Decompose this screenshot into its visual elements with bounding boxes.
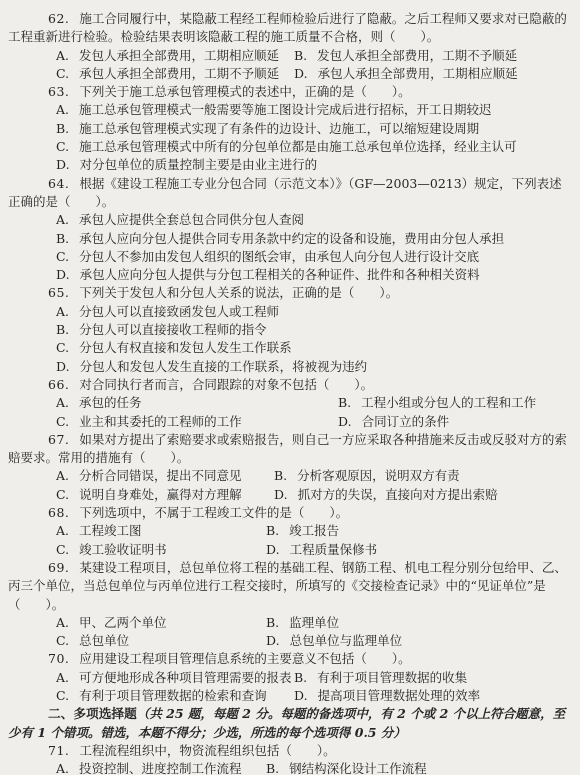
option-label: B.	[294, 48, 307, 63]
option-text: 承包人应提供全套总包合同供分包人查阅	[79, 212, 304, 227]
question-70-stem-text: 应用建设工程项目管理信息系统的主要意义不包括（ ）。	[79, 651, 410, 666]
question-68-option-d: D.工程质量保修书	[266, 541, 572, 559]
option-label: B.	[338, 395, 351, 410]
question-69-number: 69.	[48, 560, 69, 575]
question-67-number: 67.	[48, 432, 69, 447]
question-65-option-d: D.分包人和发包人发生直接的工作联系，将被视为违约	[8, 358, 572, 376]
question-67-option-b: B.分析客观原因，说明双方有责	[274, 467, 572, 485]
option-label: A.	[56, 48, 69, 63]
question-63-stem: 63.下列关于施工总承包管理模式的表述中，正确的是（ ）。	[8, 83, 572, 101]
question-70-number: 70.	[48, 651, 69, 666]
option-text: 投资控制、进度控制工作流程	[79, 761, 242, 775]
question-63-option-a: A.施工总承包管理模式一般需要等施工图设计完成后进行招标，开工日期较迟	[8, 101, 572, 119]
option-label: D.	[266, 542, 280, 557]
question-70-options: A.可方便地形成各种项目管理需要的报表 B.有利于项目管理数据的收集 C.有利于…	[8, 669, 572, 706]
option-label: A.	[56, 523, 69, 538]
option-text: 承包人应向分包人提供与分包工程相关的各种证件、批件和各种相关资料	[80, 267, 480, 282]
question-63-stem-text: 下列关于施工总承包管理模式的表述中，正确的是（ ）。	[79, 84, 410, 99]
option-text: 工程竣工图	[79, 523, 142, 538]
question-71: 71.工程流程组织中，物资流程组织包括（ ）。 A.投资控制、进度控制工作流程 …	[8, 742, 572, 775]
option-label: D.	[294, 688, 308, 703]
question-63-number: 63.	[48, 84, 69, 99]
question-67-options: A.分析合同错误，提出不同意见 B.分析客观原因，说明双方有责 C.说明自身难处…	[8, 467, 572, 504]
option-label: D.	[294, 66, 308, 81]
question-68-option-c: C.竣工验收证明书	[56, 541, 266, 559]
question-64-option-c: C.分包人不参加由发包人组织的图纸会审，由承包人向分包人进行设计交底	[8, 248, 572, 266]
option-label: B.	[56, 121, 69, 136]
question-63-option-d: D.对分包单位的质量控制主要是由业主进行的	[8, 156, 572, 174]
question-64: 64.根据《建设工程施工专业分包合同（示范文本）》（GF—2003—0213）规…	[8, 175, 572, 285]
question-70-option-d: D.提高项目管理数据处理的效率	[294, 687, 572, 705]
option-text: 提高项目管理数据处理的效率	[318, 688, 481, 703]
question-66-option-b: B.工程小组或分包人的工程和工作	[338, 394, 572, 412]
option-text: 发包人承担全部费用，工期不予顺延	[317, 48, 517, 63]
question-65: 65.下列关于发包人和分包人关系的说法，正确的是（ ）。 A.分包人可以直接致函…	[8, 284, 572, 375]
question-62-option-a: A.发包人承担全部费用，工期相应顺延	[56, 47, 294, 65]
option-label: A.	[56, 761, 69, 775]
question-70-option-b: B.有利于项目管理数据的收集	[294, 669, 572, 687]
option-text: 对分包单位的质量控制主要是由业主进行的	[80, 157, 318, 172]
option-text: 承包人承担全部费用，工期不予顺延	[79, 66, 279, 81]
option-text: 施工总承包管理模式实现了有条件的边设计、边施工，可以缩短建设周期	[79, 121, 479, 136]
option-label: A.	[56, 304, 69, 319]
option-label: B.	[56, 231, 69, 246]
option-text: 总包单位与监理单位	[290, 633, 403, 648]
option-label: D.	[56, 359, 70, 374]
question-68-number: 68.	[48, 505, 69, 520]
option-label: B.	[266, 523, 279, 538]
question-65-number: 65.	[48, 285, 69, 300]
question-66-stem: 66.对合同执行者而言，合同跟踪的对象不包括（ ）。	[8, 376, 572, 394]
question-63-option-b: B.施工总承包管理模式实现了有条件的边设计、边施工，可以缩短建设周期	[8, 120, 572, 138]
option-text: 分包人有权直接和发包人发生工作联系	[79, 340, 292, 355]
option-label: C.	[56, 340, 69, 355]
question-70-stem: 70.应用建设工程项目管理信息系统的主要意义不包括（ ）。	[8, 650, 572, 668]
question-67-option-d: D.抓对方的失误，直接向对方提出索赔	[274, 486, 572, 504]
option-text: 分析客观原因，说明双方有责	[297, 468, 460, 483]
question-62-stem: 62.施工合同履行中，某隐蔽工程经工程师检验后进行了隐蔽。之后工程师又要求对已隐…	[8, 10, 572, 47]
option-text: 合同订立的条件	[362, 414, 450, 429]
question-64-option-d: D.承包人应向分包人提供与分包工程相关的各种证件、批件和各种相关资料	[8, 266, 572, 284]
option-label: C.	[56, 542, 69, 557]
option-text: 分包人不参加由发包人组织的图纸会审，由承包人向分包人进行设计交底	[79, 249, 479, 264]
question-69-option-c: C.总包单位	[56, 632, 266, 650]
option-text: 分包人和发包人发生直接的工作联系，将被视为违约	[80, 359, 368, 374]
question-67-stem: 67.如果对方提出了索赔要求或索赔报告，则自己一方应采取各种措施来反击或反驳对方…	[8, 431, 572, 468]
question-67-option-c: C.说明自身难处，赢得对方理解	[56, 486, 274, 504]
option-text: 工程质量保修书	[290, 542, 378, 557]
question-66: 66.对合同执行者而言，合同跟踪的对象不包括（ ）。 A.承包的任务 B.工程小…	[8, 376, 572, 431]
question-63: 63.下列关于施工总承包管理模式的表述中，正确的是（ ）。 A.施工总承包管理模…	[8, 83, 572, 174]
option-label: A.	[56, 102, 69, 117]
option-label: D.	[56, 157, 70, 172]
question-71-option-a: A.投资控制、进度控制工作流程	[56, 760, 266, 775]
option-label: A.	[56, 395, 69, 410]
option-label: A.	[56, 615, 69, 630]
option-label: C.	[56, 414, 69, 429]
option-text: 承包人承担全部费用，工期相应顺延	[318, 66, 518, 81]
option-text: 工程小组或分包人的工程和工作	[361, 395, 536, 410]
exam-page: 62.施工合同履行中，某隐蔽工程经工程师检验后进行了隐蔽。之后工程师又要求对已隐…	[0, 0, 580, 775]
option-text: 承包人应向分包人提供合同专用条款中约定的设备和设施，费用由分包人承担	[79, 231, 504, 246]
option-label: D.	[274, 487, 288, 502]
question-67-option-a: A.分析合同错误，提出不同意见	[56, 467, 274, 485]
option-text: 可方便地形成各种项目管理需要的报表	[79, 670, 292, 685]
question-62-option-b: B.发包人承担全部费用，工期不予顺延	[294, 47, 572, 65]
question-68-stem: 68.下列选项中，不属于工程竣工文件的是（ ）。	[8, 504, 572, 522]
question-67-stem-text: 如果对方提出了索赔要求或索赔报告，则自己一方应采取各种措施来反击或反驳对方的索赔…	[8, 432, 567, 465]
option-label: C.	[56, 688, 69, 703]
option-label: B.	[266, 615, 279, 630]
option-text: 竣工验收证明书	[79, 542, 167, 557]
question-66-number: 66.	[48, 377, 69, 392]
question-66-stem-text: 对合同执行者而言，合同跟踪的对象不包括（ ）。	[79, 377, 373, 392]
question-64-option-b: B.承包人应向分包人提供合同专用条款中约定的设备和设施，费用由分包人承担	[8, 230, 572, 248]
option-text: 分析合同错误，提出不同意见	[79, 468, 242, 483]
question-65-stem: 65.下列关于发包人和分包人关系的说法，正确的是（ ）。	[8, 284, 572, 302]
question-64-option-a: A.承包人应提供全套总包合同供分包人查阅	[8, 211, 572, 229]
question-65-stem-text: 下列关于发包人和分包人关系的说法，正确的是（ ）。	[79, 285, 398, 300]
question-62-number: 62.	[48, 11, 69, 26]
question-65-option-a: A.分包人可以直接致函发包人或工程师	[8, 303, 572, 321]
option-text: 有利于项目管理数据的收集	[317, 670, 467, 685]
question-69-stem-text: 某建设工程项目，总包单位将工程的基础工程、钢筋工程、机电工程分别分包给甲、乙、丙…	[8, 560, 567, 612]
option-text: 承包的任务	[79, 395, 142, 410]
question-69-option-d: D.总包单位与监理单位	[266, 632, 572, 650]
question-69: 69.某建设工程项目，总包单位将工程的基础工程、钢筋工程、机电工程分别分包给甲、…	[8, 559, 572, 650]
question-70: 70.应用建设工程项目管理信息系统的主要意义不包括（ ）。 A.可方便地形成各种…	[8, 650, 572, 705]
option-text: 说明自身难处，赢得对方理解	[79, 487, 242, 502]
question-69-stem: 69.某建设工程项目，总包单位将工程的基础工程、钢筋工程、机电工程分别分包给甲、…	[8, 559, 572, 614]
question-65-option-c: C.分包人有权直接和发包人发生工作联系	[8, 339, 572, 357]
option-label: C.	[56, 487, 69, 502]
option-text: 有利于项目管理数据的检索和查询	[79, 688, 267, 703]
option-label: A.	[56, 468, 69, 483]
question-62-stem-text: 施工合同履行中，某隐蔽工程经工程师检验后进行了隐蔽。之后工程师又要求对已隐蔽的工…	[8, 11, 567, 44]
option-text: 抓对方的失误，直接向对方提出索赔	[298, 487, 498, 502]
question-62-options: A.发包人承担全部费用，工期相应顺延 B.发包人承担全部费用，工期不予顺延 C.…	[8, 47, 572, 84]
section-header: 二、多项选择题（共 25 题，每题 2 分。每题的备选项中，有 2 个或 2 个…	[8, 705, 572, 742]
option-text: 竣工报告	[289, 523, 339, 538]
question-62: 62.施工合同履行中，某隐蔽工程经工程师检验后进行了隐蔽。之后工程师又要求对已隐…	[8, 10, 572, 83]
option-text: 监理单位	[289, 615, 339, 630]
option-label: B.	[294, 670, 307, 685]
question-69-options: A.甲、乙两个单位 B.监理单位 C.总包单位 D.总包单位与监理单位	[8, 614, 572, 651]
question-64-options: A.承包人应提供全套总包合同供分包人查阅 B.承包人应向分包人提供合同专用条款中…	[8, 211, 572, 284]
option-text: 施工总承包管理模式中所有的分包单位都是由施工总承包单位选择，经业主认可	[79, 139, 517, 154]
question-62-option-c: C.承包人承担全部费用，工期不予顺延	[56, 65, 294, 83]
option-label: C.	[56, 633, 69, 648]
option-text: 发包人承担全部费用，工期相应顺延	[79, 48, 279, 63]
option-label: D.	[56, 267, 70, 282]
question-70-option-a: A.可方便地形成各种项目管理需要的报表	[56, 669, 294, 687]
option-label: D.	[338, 414, 352, 429]
option-text: 分包人可以直接接收工程师的指令	[79, 322, 267, 337]
question-71-option-b: B.钢结构深化设计工作流程	[266, 760, 572, 775]
option-text: 分包人可以直接致函发包人或工程师	[79, 304, 279, 319]
question-67: 67.如果对方提出了索赔要求或索赔报告，则自己一方应采取各种措施来反击或反驳对方…	[8, 431, 572, 504]
question-66-option-c: C.业主和其委托的工程师的工作	[56, 413, 338, 431]
option-label: A.	[56, 670, 69, 685]
question-68-option-a: A.工程竣工图	[56, 522, 266, 540]
option-text: 施工总承包管理模式一般需要等施工图设计完成后进行招标，开工日期较迟	[79, 102, 492, 117]
section-title: 二、多项选择题	[48, 706, 137, 721]
option-label: C.	[56, 139, 69, 154]
question-66-options: A.承包的任务 B.工程小组或分包人的工程和工作 C.业主和其委托的工程师的工作…	[8, 394, 572, 431]
question-69-option-b: B.监理单位	[266, 614, 572, 632]
option-text: 业主和其委托的工程师的工作	[79, 414, 242, 429]
option-label: B.	[274, 468, 287, 483]
question-65-options: A.分包人可以直接致函发包人或工程师 B.分包人可以直接接收工程师的指令 C.分…	[8, 303, 572, 376]
question-66-option-d: D.合同订立的条件	[338, 413, 572, 431]
question-71-stem: 71.工程流程组织中，物资流程组织包括（ ）。	[8, 742, 572, 760]
question-68: 68.下列选项中，不属于工程竣工文件的是（ ）。 A.工程竣工图 B.竣工报告 …	[8, 504, 572, 559]
option-label: D.	[266, 633, 280, 648]
question-68-options: A.工程竣工图 B.竣工报告 C.竣工验收证明书 D.工程质量保修书	[8, 522, 572, 559]
question-70-option-c: C.有利于项目管理数据的检索和查询	[56, 687, 294, 705]
question-71-options: A.投资控制、进度控制工作流程 B.钢结构深化设计工作流程	[8, 760, 572, 775]
option-label: A.	[56, 212, 69, 227]
option-text: 钢结构深化设计工作流程	[289, 761, 427, 775]
question-62-option-d: D.承包人承担全部费用，工期相应顺延	[294, 65, 572, 83]
question-65-option-b: B.分包人可以直接接收工程师的指令	[8, 321, 572, 339]
question-63-options: A.施工总承包管理模式一般需要等施工图设计完成后进行招标，开工日期较迟 B.施工…	[8, 101, 572, 174]
question-71-number: 71.	[48, 743, 69, 758]
question-68-stem-text: 下列选项中，不属于工程竣工文件的是（ ）。	[79, 505, 348, 520]
question-63-option-c: C.施工总承包管理模式中所有的分包单位都是由施工总承包单位选择，经业主认可	[8, 138, 572, 156]
question-68-option-b: B.竣工报告	[266, 522, 572, 540]
option-text: 总包单位	[79, 633, 129, 648]
option-label: B.	[266, 761, 279, 775]
question-69-option-a: A.甲、乙两个单位	[56, 614, 266, 632]
question-71-stem-text: 工程流程组织中，物资流程组织包括（ ）。	[79, 743, 335, 758]
option-label: C.	[56, 249, 69, 264]
question-66-option-a: A.承包的任务	[56, 394, 338, 412]
option-label: C.	[56, 66, 69, 81]
question-64-stem-text: 根据《建设工程施工专业分包合同（示范文本）》（GF—2003—0213）规定，下…	[8, 176, 562, 209]
option-text: 甲、乙两个单位	[79, 615, 167, 630]
question-64-stem: 64.根据《建设工程施工专业分包合同（示范文本）》（GF—2003—0213）规…	[8, 175, 572, 212]
option-label: B.	[56, 322, 69, 337]
question-64-number: 64.	[48, 176, 69, 191]
